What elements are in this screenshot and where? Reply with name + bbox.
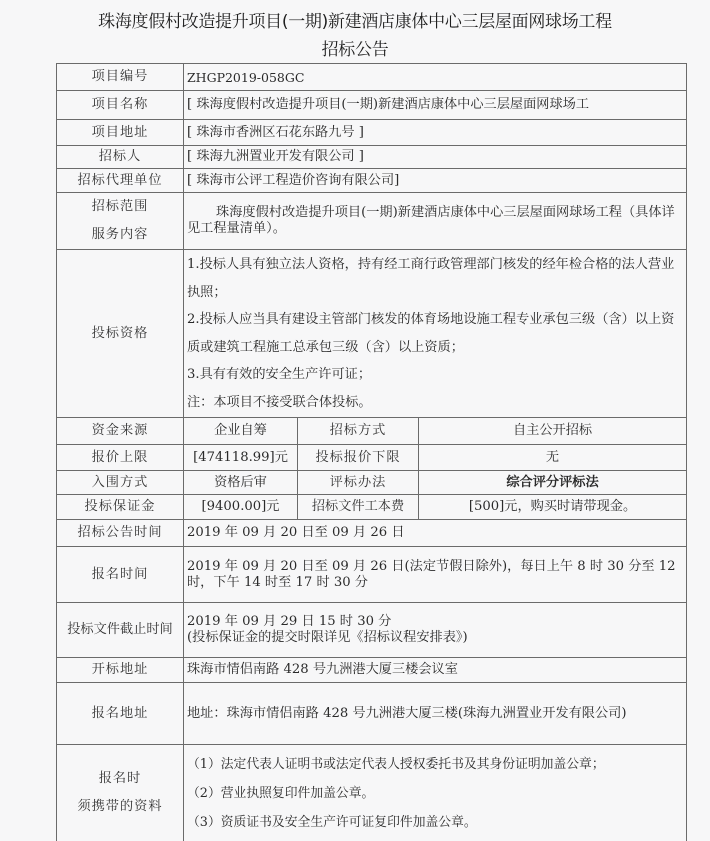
value-register-address: 地址：珠海市情侣南路 428 号九洲港大厦三楼(珠海九洲置业开发有限公司) [184, 683, 687, 745]
value-tenderer: [ 珠海九洲置业开发有限公司 ] [184, 146, 687, 169]
value-announce-time: 2019 年 09 月 20 日至 09 月 26 日 [184, 520, 687, 547]
label-opening-address: 开标地址 [57, 658, 184, 683]
row-announce-time: 招标公告时间 2019 年 09 月 20 日至 09 月 26 日 [57, 520, 687, 547]
value-project-no: ZHGP2019-058GC [184, 64, 687, 91]
value-project-address: [ 珠海市香洲区石花东路九号 ] [184, 120, 687, 146]
value-evaluation-method: 综合评分评标法 [419, 471, 687, 495]
label-materials: 报名时 须携带的资料 [57, 745, 184, 841]
row-project-name: 项目名称 [ 珠海度假村改造提升项目(一期)新建酒店康体中心三层屋面网球场工 [57, 91, 687, 120]
value-qualification: 1.投标人具有独立法人资格，持有经工商行政管理部门核发的经年检合格的法人营业执照… [184, 250, 687, 418]
label-price-upper: 报价上限 [57, 445, 184, 471]
row-price-limit: 报价上限 [474118.99]元 投标报价下限 无 [57, 445, 687, 471]
qualification-item-3: 3.具有有效的安全生产许可证； [187, 361, 683, 389]
row-register-address: 报名地址 地址：珠海市情侣南路 428 号九洲港大厦三楼(珠海九洲置业开发有限公… [57, 683, 687, 745]
label-scope-line2: 服务内容 [60, 221, 180, 249]
row-deadline: 投标文件截止时间 2019 年 09 月 29 日 15 时 30 分 (投标保… [57, 603, 687, 658]
deadline-note: (投标保证金的提交时限详见《招标议程安排表》) [187, 630, 683, 646]
row-deposit: 投标保证金 [9400.00]元 招标文件工本费 [500]元，购买时请带现金。 [57, 495, 687, 520]
materials-item-1: （1）法定代表人证明书或法定代表人授权委托书及其身份证明加盖公章； [187, 750, 683, 779]
qualification-item-1: 1.投标人具有独立法人资格，持有经工商行政管理部门核发的经年检合格的法人营业执照… [187, 251, 683, 306]
value-deadline: 2019 年 09 月 29 日 15 时 30 分 (投标保证金的提交时限详见… [184, 603, 687, 658]
label-announce-time: 招标公告时间 [57, 520, 184, 547]
label-project-no: 项目编号 [57, 64, 184, 91]
label-materials-line1: 报名时 [60, 765, 180, 793]
label-bid-deposit: 投标保证金 [57, 495, 184, 520]
value-shortlist-method: 资格后审 [184, 471, 298, 495]
label-agency: 招标代理单位 [57, 169, 184, 193]
label-register-address: 报名地址 [57, 683, 184, 745]
row-project-address: 项目地址 [ 珠海市香洲区石花东路九号 ] [57, 120, 687, 146]
label-scope-line1: 招标范围 [60, 193, 180, 221]
label-shortlist-method: 入围方式 [57, 471, 184, 495]
qualification-item-2: 2.投标人应当具有建设主管部门核发的体育场地设施工程专业承包三级（含）以上资质或… [187, 306, 683, 361]
label-project-address: 项目地址 [57, 120, 184, 146]
value-fund-source: 企业自筹 [184, 418, 298, 445]
label-tenderer: 招标人 [57, 146, 184, 169]
tender-notice-table: 项目编号 ZHGP2019-058GC 项目名称 [ 珠海度假村改造提升项目(一… [56, 63, 687, 841]
row-project-no: 项目编号 ZHGP2019-058GC [57, 64, 687, 91]
value-opening-address: 珠海市情侣南路 428 号九洲港大厦三楼会议室 [184, 658, 687, 683]
label-tender-method: 招标方式 [298, 418, 419, 445]
value-tender-method: 自主公开招标 [419, 418, 687, 445]
row-fund-source: 资金来源 企业自筹 招标方式 自主公开招标 [57, 418, 687, 445]
row-tenderer: 招标人 [ 珠海九洲置业开发有限公司 ] [57, 146, 687, 169]
value-price-lower: 无 [419, 445, 687, 471]
qualification-note: 注：本项目不接受联合体投标。 [187, 389, 683, 417]
value-bid-deposit: [9400.00]元 [184, 495, 298, 520]
label-qualification: 投标资格 [57, 250, 184, 418]
row-qualification: 投标资格 1.投标人具有独立法人资格，持有经工商行政管理部门核发的经年检合格的法… [57, 250, 687, 418]
row-scope: 招标范围 服务内容 珠海度假村改造提升项目(一期)新建酒店康体中心三层屋面网球场… [57, 193, 687, 250]
document-subtitle: 招标公告 [0, 35, 710, 60]
label-materials-line2: 须携带的资料 [60, 793, 180, 821]
label-deadline: 投标文件截止时间 [57, 603, 184, 658]
value-document-fee: [500]元，购买时请带现金。 [419, 495, 687, 520]
value-scope: 珠海度假村改造提升项目(一期)新建酒店康体中心三层屋面网球场工程（具体详见工程量… [184, 193, 687, 250]
label-price-lower: 投标报价下限 [298, 445, 419, 471]
value-register-time: 2019 年 09 月 20 日至 09 月 26 日(法定节假日除外)，每日上… [184, 547, 687, 603]
label-scope: 招标范围 服务内容 [57, 193, 184, 250]
document-title: 珠海度假村改造提升项目(一期)新建酒店康体中心三层屋面网球场工程 [0, 7, 710, 32]
row-register-time: 报名时间 2019 年 09 月 20 日至 09 月 26 日(法定节假日除外… [57, 547, 687, 603]
materials-item-3: （3）资质证书及安全生产许可证复印件加盖公章。 [187, 808, 683, 837]
value-price-upper: [474118.99]元 [184, 445, 298, 471]
label-evaluation-method: 评标办法 [298, 471, 419, 495]
row-evaluation: 入围方式 资格后审 评标办法 综合评分评标法 [57, 471, 687, 495]
row-agency: 招标代理单位 [ 珠海市公评工程造价咨询有限公司] [57, 169, 687, 193]
label-fund-source: 资金来源 [57, 418, 184, 445]
deadline-datetime: 2019 年 09 月 29 日 15 时 30 分 [187, 614, 683, 630]
row-materials: 报名时 须携带的资料 （1）法定代表人证明书或法定代表人授权委托书及其身份证明加… [57, 745, 687, 841]
label-document-fee: 招标文件工本费 [298, 495, 419, 520]
value-project-name: [ 珠海度假村改造提升项目(一期)新建酒店康体中心三层屋面网球场工 [184, 91, 687, 120]
value-materials: （1）法定代表人证明书或法定代表人授权委托书及其身份证明加盖公章； （2）营业执… [184, 745, 687, 841]
materials-item-2: （2）营业执照复印件加盖公章。 [187, 779, 683, 808]
label-project-name: 项目名称 [57, 91, 184, 120]
row-opening-address: 开标地址 珠海市情侣南路 428 号九洲港大厦三楼会议室 [57, 658, 687, 683]
label-register-time: 报名时间 [57, 547, 184, 603]
value-agency: [ 珠海市公评工程造价咨询有限公司] [184, 169, 687, 193]
